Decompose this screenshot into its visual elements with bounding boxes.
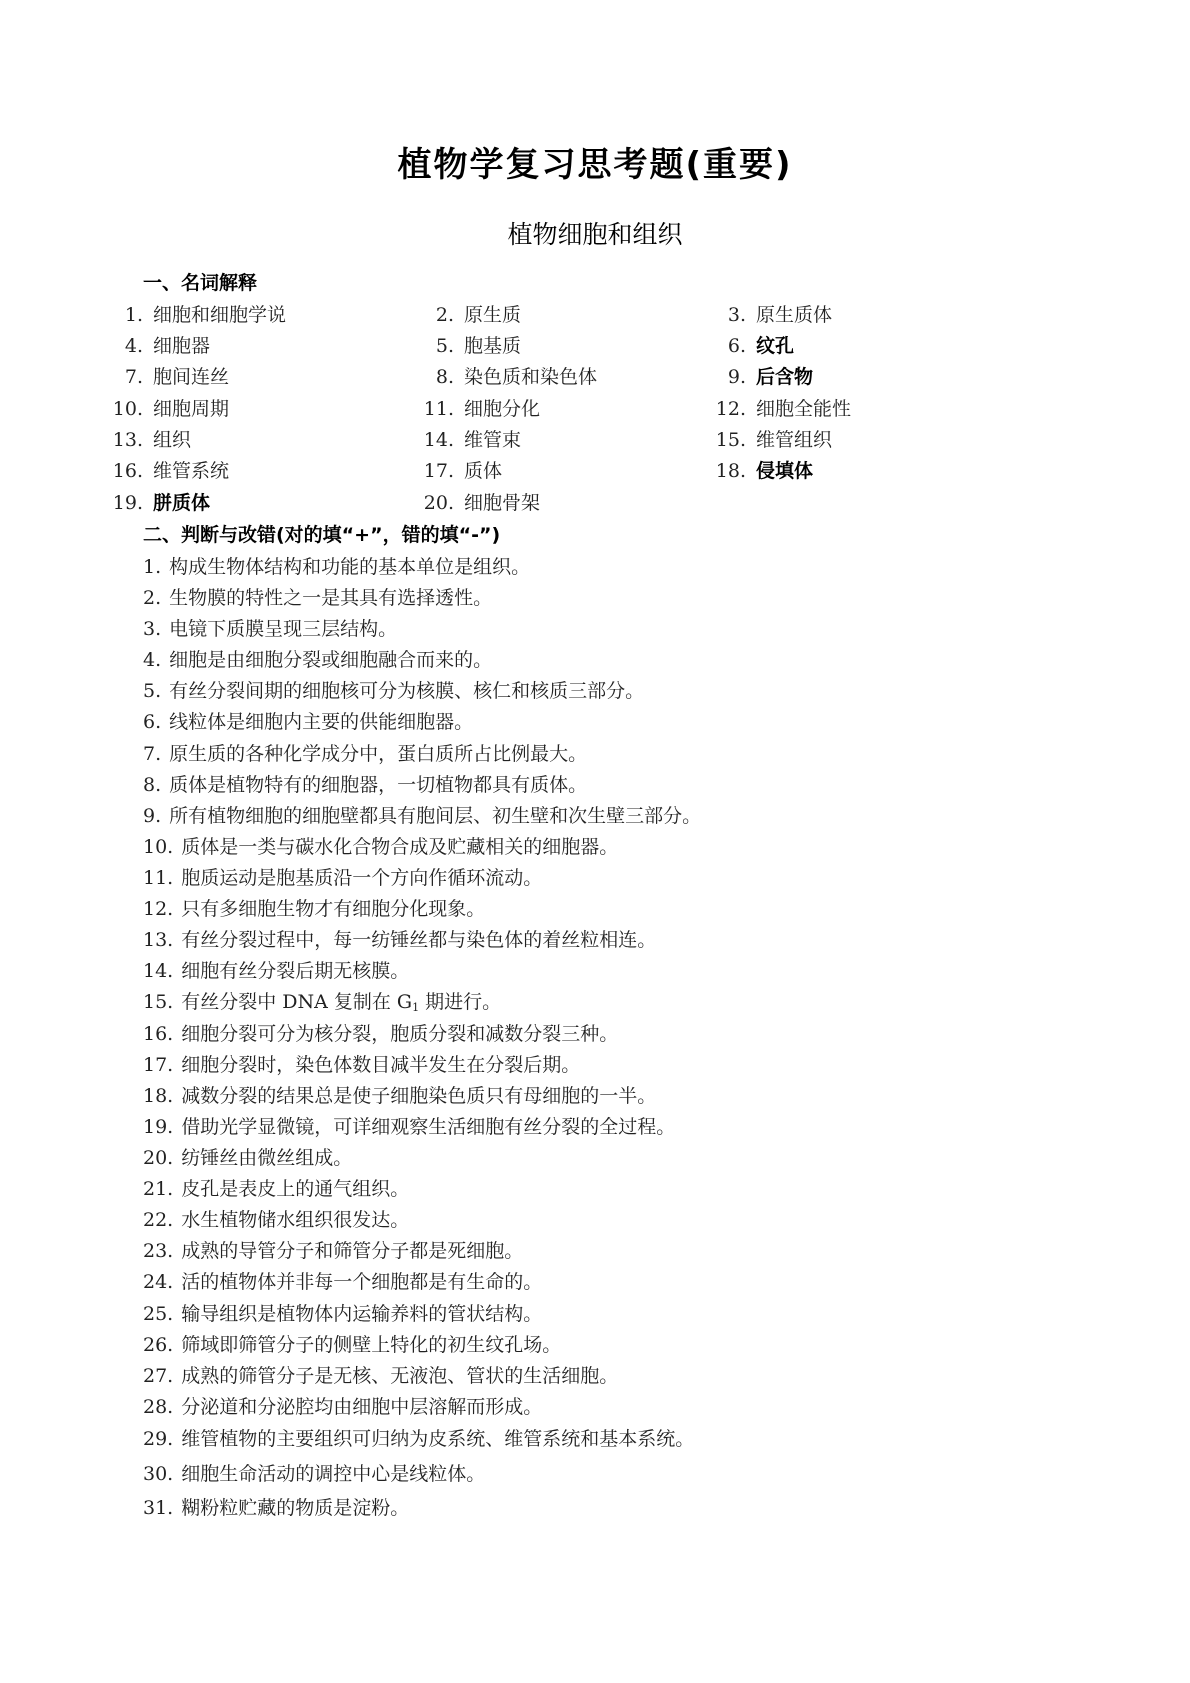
question-item: 25.输导组织是植物体内运输养料的管状结构。 — [143, 1300, 542, 1328]
question-item: 15.有丝分裂中 DNA 复制在 G1 期进行。 — [143, 988, 501, 1022]
document-subtitle: 植物细胞和组织 — [0, 216, 1190, 254]
question-item: 2.生物膜的特性之一是其具有选择透性。 — [143, 584, 492, 612]
question-item: 22.水生植物储水组织很发达。 — [143, 1206, 409, 1234]
term-item: 20.细胞骨架 — [410, 489, 540, 517]
question-item: 21.皮孔是表皮上的通气组织。 — [143, 1175, 409, 1203]
question-item: 26.筛域即筛管分子的侧壁上特化的初生纹孔场。 — [143, 1331, 561, 1359]
term-item: 3.原生质体 — [702, 301, 832, 329]
term-item: 14.维管束 — [410, 426, 521, 454]
term-item: 16.维管系统 — [99, 457, 229, 485]
question-item: 20.纺锤丝由微丝组成。 — [143, 1144, 352, 1172]
question-item: 28.分泌道和分泌腔均由细胞中层溶解而形成。 — [143, 1393, 542, 1421]
question-item: 17.细胞分裂时，染色体数目减半发生在分裂后期。 — [143, 1051, 580, 1079]
question-item: 9.所有植物细胞的细胞壁都具有胞间层、初生壁和次生壁三部分。 — [143, 802, 701, 830]
question-item: 29.维管植物的主要组织可归纳为皮系统、维管系统和基本系统。 — [143, 1425, 694, 1453]
term-item: 11.细胞分化 — [410, 395, 540, 423]
question-item: 30.细胞生命活动的调控中心是线粒体。 — [143, 1460, 485, 1488]
term-item: 9.后含物 — [702, 363, 813, 391]
question-item: 1.构成生物体结构和功能的基本单位是组织。 — [143, 553, 530, 581]
question-item: 27.成熟的筛管分子是无核、无液泡、管状的生活细胞。 — [143, 1362, 618, 1390]
section-heading-term-definitions: 一、名词解释 — [143, 269, 257, 297]
term-item: 18.侵填体 — [702, 457, 813, 485]
term-item: 8.染色质和染色体 — [410, 363, 597, 391]
term-item: 15.维管组织 — [702, 426, 832, 454]
section-heading-true-false: 二、判断与改错(对的填“+”，错的填“-”) — [143, 521, 500, 549]
term-item: 10.细胞周期 — [99, 395, 229, 423]
term-item: 13.组织 — [99, 426, 191, 454]
term-item: 7.胞间连丝 — [99, 363, 229, 391]
term-item: 17.质体 — [410, 457, 502, 485]
term-item: 1.细胞和细胞学说 — [99, 301, 286, 329]
question-item: 11.胞质运动是胞基质沿一个方向作循环流动。 — [143, 864, 542, 892]
question-item: 24.活的植物体并非每一个细胞都是有生命的。 — [143, 1268, 542, 1296]
question-item: 14.细胞有丝分裂后期无核膜。 — [143, 957, 409, 985]
question-item: 5.有丝分裂间期的细胞核可分为核膜、核仁和核质三部分。 — [143, 677, 644, 705]
question-item: 4.细胞是由细胞分裂或细胞融合而来的。 — [143, 646, 492, 674]
question-item: 8.质体是植物特有的细胞器，一切植物都具有质体。 — [143, 771, 587, 799]
question-item: 10.质体是一类与碳水化合物合成及贮藏相关的细胞器。 — [143, 833, 618, 861]
question-item: 18.减数分裂的结果总是使子细胞染色质只有母细胞的一半。 — [143, 1082, 656, 1110]
term-item: 12.细胞全能性 — [702, 395, 851, 423]
question-item: 19.借助光学显微镜，可详细观察生活细胞有丝分裂的全过程。 — [143, 1113, 675, 1141]
question-item: 13.有丝分裂过程中，每一纺锤丝都与染色体的着丝粒相连。 — [143, 926, 656, 954]
term-item: 2.原生质 — [410, 301, 521, 329]
question-item: 6.线粒体是细胞内主要的供能细胞器。 — [143, 708, 473, 736]
question-item: 23.成熟的导管分子和筛管分子都是死细胞。 — [143, 1237, 523, 1265]
term-item: 5.胞基质 — [410, 332, 521, 360]
term-item: 6.纹孔 — [702, 332, 794, 360]
term-item: 4.细胞器 — [99, 332, 210, 360]
term-item: 19.胼质体 — [99, 489, 210, 517]
question-item: 3.电镜下质膜呈现三层结构。 — [143, 615, 397, 643]
document-page: 植物学复习思考题(重要) 植物细胞和组织 一、名词解释 1.细胞和细胞学说 2.… — [0, 0, 1190, 1683]
question-item: 16.细胞分裂可分为核分裂，胞质分裂和减数分裂三种。 — [143, 1020, 618, 1048]
question-item: 31.糊粉粒贮藏的物质是淀粉。 — [143, 1494, 409, 1522]
question-item: 12.只有多细胞生物才有细胞分化现象。 — [143, 895, 485, 923]
document-title: 植物学复习思考题(重要) — [0, 140, 1190, 190]
question-item: 7.原生质的各种化学成分中，蛋白质所占比例最大。 — [143, 740, 587, 768]
